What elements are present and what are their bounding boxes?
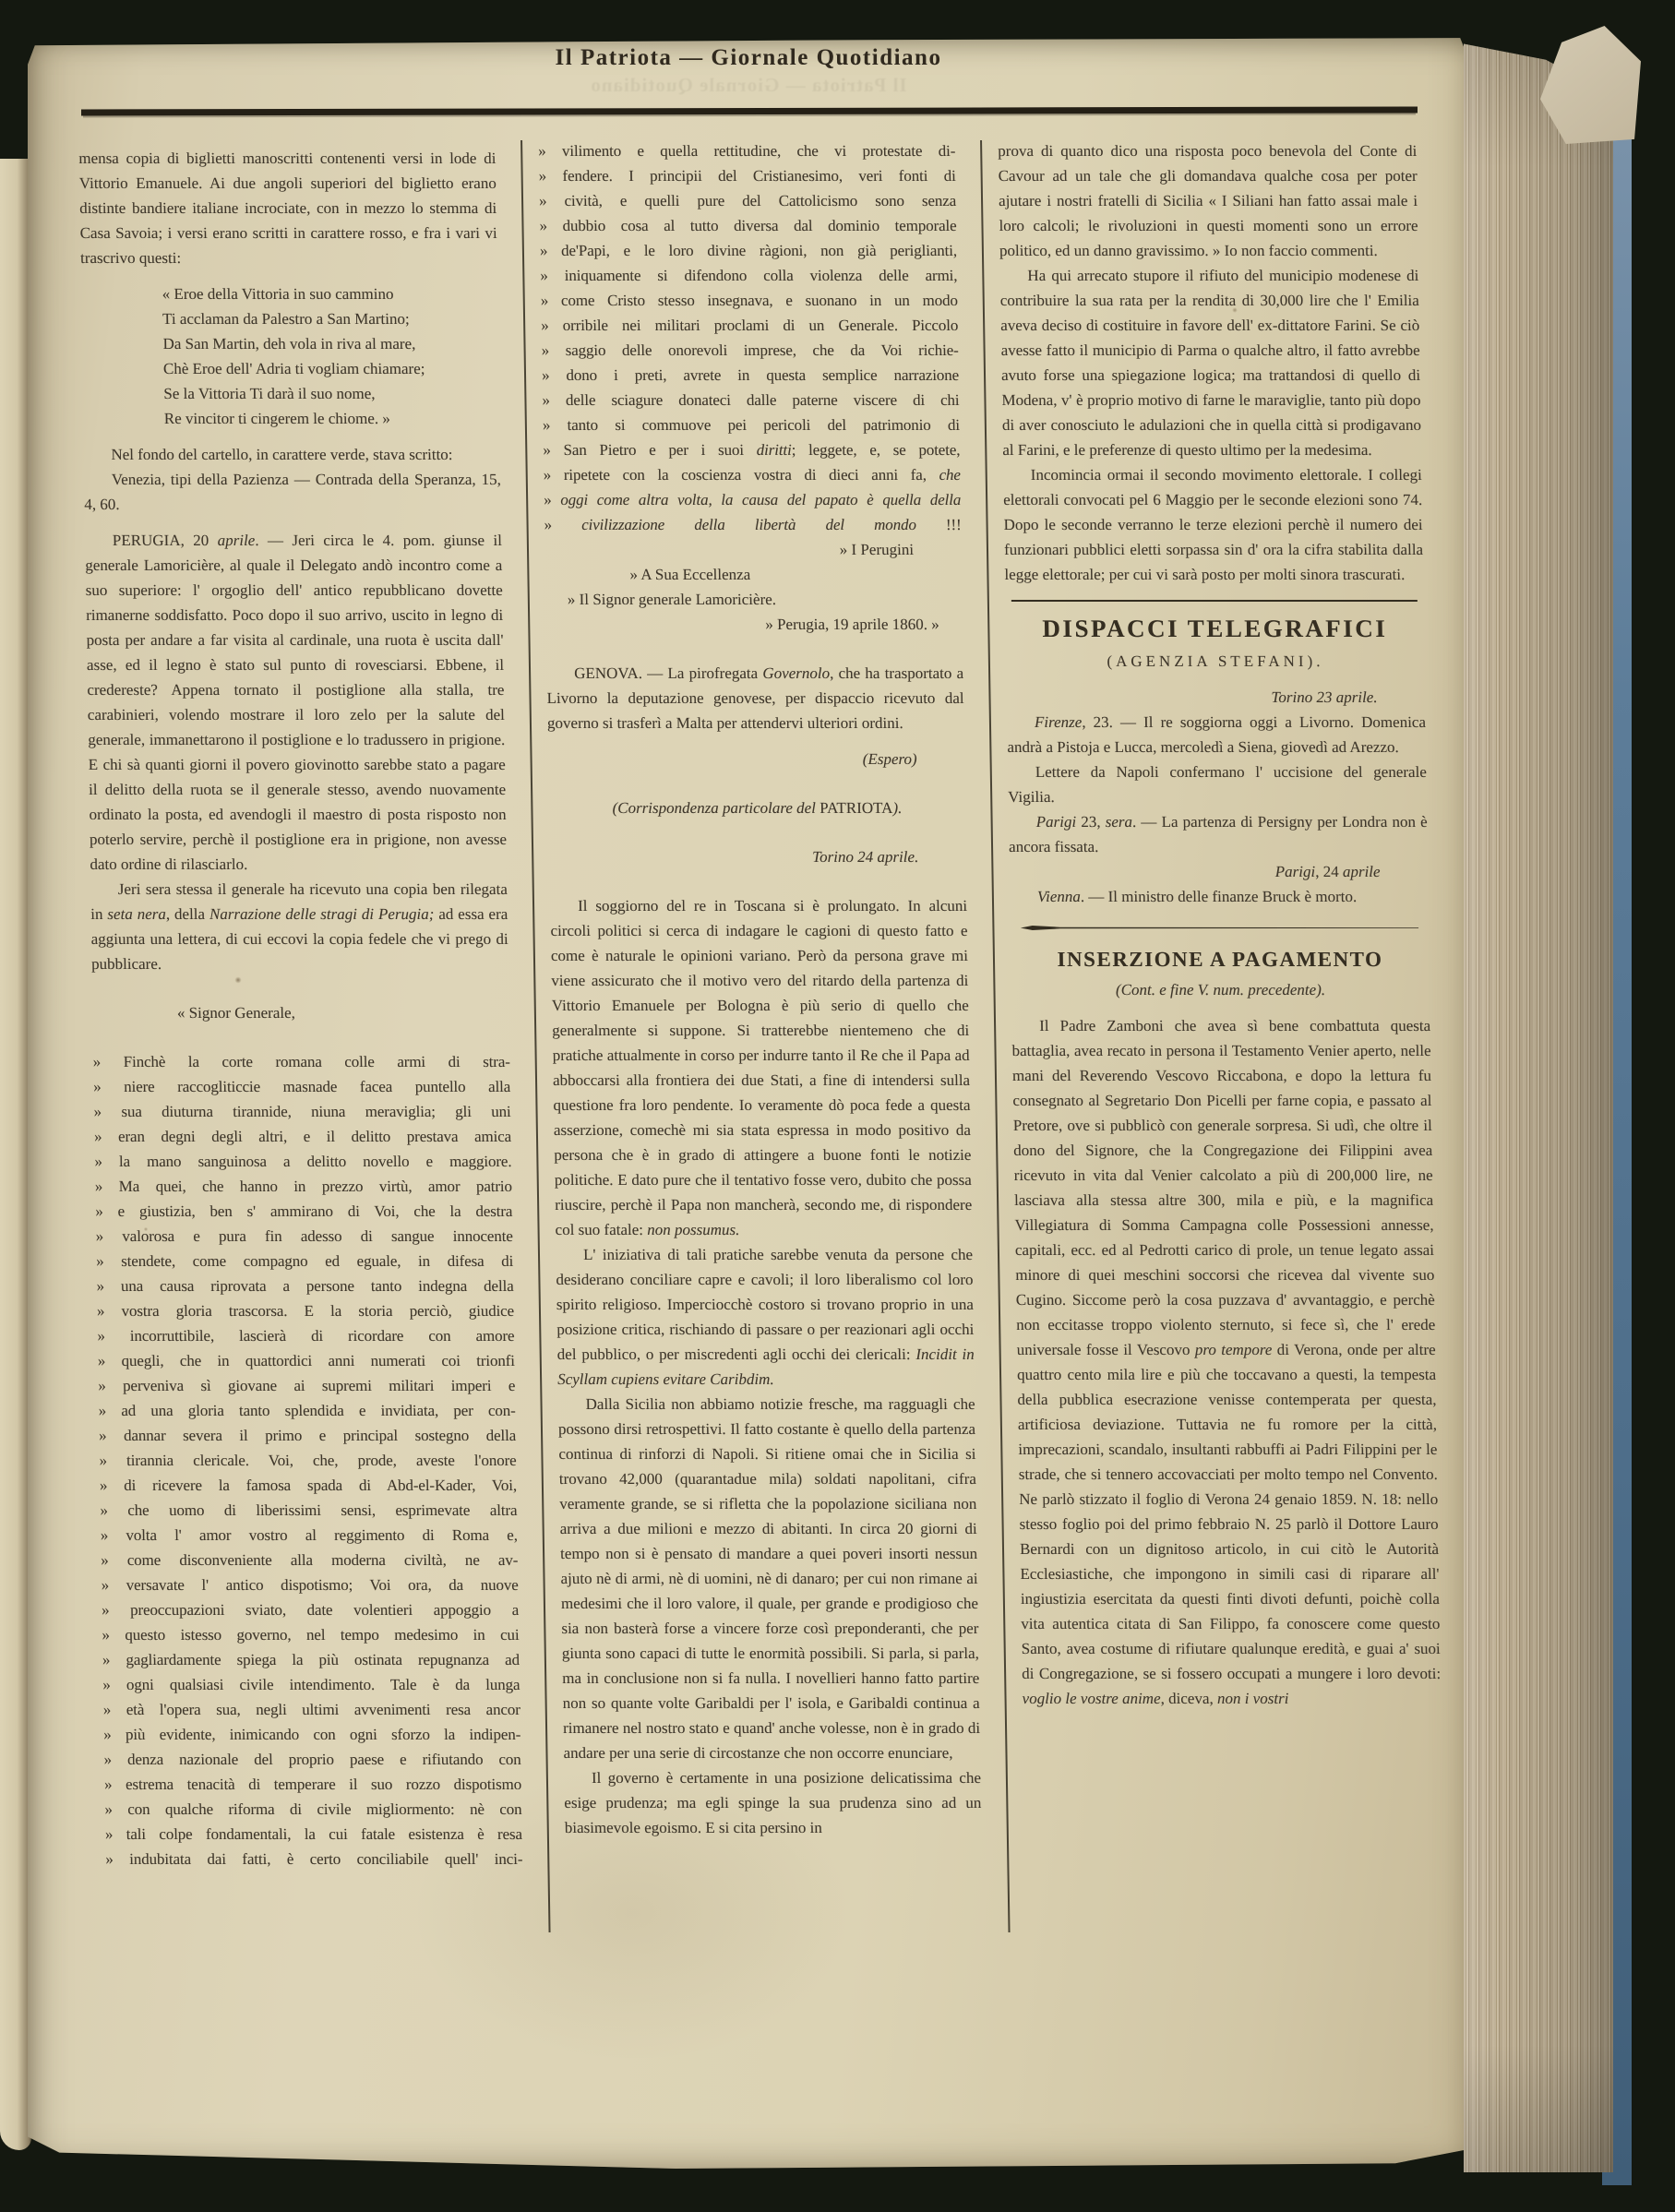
text-block: » denza nazionale del proprio paese e ri…: [103, 1747, 520, 1772]
spacer: [92, 1025, 509, 1049]
text-block: » quegli, che in quattordici anni numera…: [98, 1348, 515, 1373]
text-block: » estrema tenacità di temperare il suo r…: [104, 1772, 521, 1797]
spacer: [91, 976, 508, 1000]
text-block: PERUGIA, 20 aprile. — Jeri circa le 4. p…: [85, 528, 508, 877]
text-block: Da San Martin, deh vola in riva al mare,: [81, 331, 498, 356]
text-block: L' iniziativa di tali pratiche sarebbe v…: [556, 1242, 975, 1392]
text-block: « Eroe della Vittoria in suo cammino: [80, 281, 497, 306]
text-block: Il Padre Zamboni che avea sì bene combat…: [1011, 1013, 1442, 1711]
text-block: » niere raccogliticcie masnade facea pun…: [93, 1074, 510, 1099]
adjacent-page-edge: [0, 159, 31, 2150]
text-block: mensa copia di biglietti manoscritti con…: [78, 146, 497, 270]
text-block: » incorruttibile, lascierà di ricordare …: [97, 1323, 514, 1348]
text-block: » con qualche riforma di civile migliorm…: [104, 1797, 521, 1822]
newspaper-column-2: » vilimento e quella rettitudine, che vi…: [538, 138, 982, 1840]
text-block: » A Sua Eccellenza: [544, 562, 962, 587]
newspaper-column-3: prova di quanto dico una risposta poco b…: [998, 138, 1442, 1711]
section-heading: DISPACCI TELEGRAFICI: [1005, 616, 1424, 641]
text-block: » versavate l' antico dispotismo; Voi or…: [101, 1572, 518, 1597]
text-block: » eran degni degli altri, e il delitto p…: [94, 1124, 511, 1149]
text-block: » Perugia, 19 aprile 1860. »: [545, 612, 963, 637]
text-block: » valorosa e pura fin adesso di sangue i…: [95, 1224, 512, 1249]
text-block: (Corrispondenza particolare del PATRIOTA…: [548, 795, 965, 820]
text-block: Firenze, 23. — Il re soggiorna oggi a Li…: [1007, 710, 1427, 759]
spacer: [545, 637, 963, 661]
text-block: » età l'opera sua, negli ultimi avvenime…: [103, 1697, 520, 1722]
text-block: Venezia, tipi della Pazienza — Contrada …: [84, 467, 502, 517]
text-block: » ogni qualsiasi civile intendimento. Ta…: [102, 1672, 520, 1697]
text-block: » vilimento e quella rettitudine, che vi…: [538, 138, 955, 163]
text-block: Parigi 23, sera. — La partenza di Persig…: [1008, 809, 1428, 859]
text-block: » di ricevere la famosa spada di Abd-el-…: [100, 1473, 517, 1498]
text-block: » San Pietro e per i suoi diritti; legge…: [543, 437, 960, 462]
text-block: Chè Eroe dell' Adria ti vogliam chiamare…: [82, 356, 499, 381]
text-block: » I Perugini: [544, 537, 962, 562]
spacer: [83, 431, 500, 442]
text-block: (Espero): [547, 747, 964, 771]
text-block: » tali colpe fondamentali, la cui fatale…: [105, 1822, 522, 1847]
text-block: Nel fondo del cartello, in carattere ver…: [83, 442, 500, 467]
text-block: » ad una gloria tanto splendida e invidi…: [98, 1398, 515, 1423]
bleed-through-text: Il Patriota — Giornale Quotidiano: [78, 74, 1418, 97]
text-block: » perveniva sì giovane ai supremi milita…: [98, 1373, 515, 1398]
text-block: Il soggiorno del re in Toscana si è prol…: [550, 893, 973, 1242]
text-block: » stendete, come compagno ed eguale, in …: [96, 1249, 513, 1273]
text-block: » la mano sanguinosa a delitto novello e…: [94, 1149, 511, 1174]
text-block: » che uomo di liberissimi sensi, esprime…: [100, 1498, 517, 1523]
text-block: » come disconveniente alla moderna civil…: [101, 1548, 518, 1572]
spacer: [548, 771, 965, 795]
text-block: Lettere da Napoli confermano l' uccision…: [1008, 759, 1428, 809]
text-block: « Signor Generale,: [92, 1000, 509, 1025]
text-block: » delle sciagure donateci dalle paterne …: [542, 388, 959, 413]
text-block: » questo istesso governo, nel tempo mede…: [102, 1622, 519, 1647]
text-block: » civilizzazione della libertà del mondo…: [544, 512, 961, 537]
text-block: » orribile nei militari proclami di un G…: [541, 313, 958, 338]
text-block: prova di quanto dico una risposta poco b…: [998, 138, 1418, 263]
text-block: » volta l' amor vostro al reggimento di …: [101, 1523, 518, 1548]
text-block: Vienna. — Il ministro delle finanze Bruc…: [1010, 884, 1429, 909]
text-block: Parigi, 24 aprile: [1009, 859, 1428, 884]
text-block: » Finchè la corte romana colle armi di s…: [93, 1049, 510, 1074]
text-block: » ripetete con la coscienza vostra di di…: [544, 462, 961, 487]
text-block: » Ma quei, che hanno in prezzo virtù, am…: [95, 1174, 512, 1199]
text-block: » oggi come altra volta, la causa del pa…: [544, 487, 961, 512]
text-block: » cività, e quelli pure del Cattolicismo…: [539, 188, 956, 213]
spacer: [549, 820, 966, 844]
text-block: » tirannia clericale. Voi, che, prode, a…: [99, 1448, 516, 1473]
text-block: » iniquamente si difendono colla violenz…: [540, 263, 957, 288]
text-block: » come Cristo stesso insegnava, e suonan…: [541, 288, 958, 313]
spacer: [549, 869, 966, 893]
book-page-stack-edge: [1464, 41, 1613, 2172]
text-block: Incomincia ormai il secondo movimento el…: [1003, 462, 1424, 587]
text-block: GENOVA. — La pirofregata Governolo, che …: [546, 661, 964, 735]
text-block: Se la Vittoria Ti darà il suo nome,: [82, 381, 499, 406]
text-block: » dannar severa il primo e principal sos…: [99, 1423, 516, 1448]
scanned-newspaper-page: { "masthead": { "title": "Il Patriota — …: [0, 0, 1675, 2212]
text-block: (Cont. e fine V. num. precedente).: [1011, 977, 1430, 1002]
text-block: (AGENZIA STEFANI).: [1006, 649, 1425, 674]
text-block: » gagliardamente spiega la più ostinata …: [102, 1647, 520, 1672]
text-block: Dalla Sicilia non abbiamo notizie fresch…: [557, 1392, 980, 1765]
text-block: » una causa riprovata a persone tanto in…: [96, 1273, 513, 1298]
text-block: » de'Papi, e le loro divine ràgioni, non…: [540, 238, 957, 263]
spacer: [84, 517, 501, 528]
text-block: » indubitata dai fatti, è certo concilia…: [105, 1847, 522, 1871]
text-block: » più evidente, inimicando con ogni sfor…: [103, 1722, 520, 1747]
text-block: » sua diuturna tirannide, niuna meravigl…: [93, 1099, 510, 1124]
text-block: » dono i preti, avrete in questa semplic…: [542, 363, 959, 388]
text-block: » tanto si commuove pei pericoli del pat…: [543, 413, 960, 437]
text-block: Re vincitor ti cingerem le chiome. »: [83, 406, 500, 431]
text-block: » saggio delle onorevoli imprese, che da…: [541, 338, 958, 363]
page-content: mensa copia di biglietti manoscritti con…: [78, 138, 1447, 1975]
spacer: [80, 270, 497, 281]
text-block: » preoccupazioni sviato, date volentieri…: [102, 1597, 519, 1622]
text-block: Ti acclaman da Palestro a San Martino;: [81, 306, 498, 331]
section-rule: [1021, 926, 1418, 930]
text-block: » dubbio cosa al tutto diversa dal domin…: [539, 213, 956, 238]
text-block: Torino 23 aprile.: [1006, 685, 1425, 710]
spacer: [1011, 1002, 1430, 1013]
text-block: Il governo è certamente in una posizione…: [564, 1765, 982, 1840]
section-heading: INSERZIONE A PAGAMENTO: [1011, 947, 1430, 972]
masthead-title: Il Patriota — Giornale Quotidiano: [78, 45, 1418, 71]
newspaper-column-1: mensa copia di biglietti manoscritti con…: [78, 138, 523, 1871]
spacer: [547, 735, 964, 747]
text-block: » Il Signor generale Lamoricière.: [545, 587, 963, 612]
text-block: » e giustizia, ben s' ammirano di Voi, c…: [95, 1199, 512, 1224]
text-block: Jeri sera stessa il generale ha ricevuto…: [90, 877, 509, 976]
section-rule: [1011, 600, 1418, 602]
spacer: [1006, 674, 1425, 685]
text-block: Torino 24 aprile.: [549, 844, 966, 869]
text-block: Ha qui arrecato stupore il rifiuto del m…: [999, 263, 1421, 462]
text-block: » vostra gloria trascorsa. E la storia p…: [97, 1298, 514, 1323]
text-block: » fendere. I principii del Cristianesimo…: [538, 163, 955, 188]
